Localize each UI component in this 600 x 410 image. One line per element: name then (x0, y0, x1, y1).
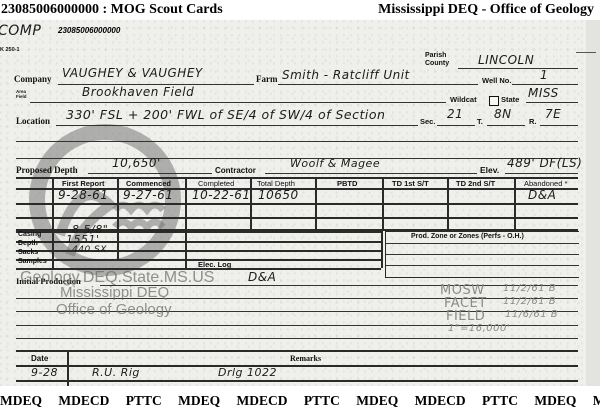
area-field-label: Area Field (16, 89, 27, 99)
api-number-stamp: 23085006000000 (58, 26, 120, 35)
company-label: Company (14, 74, 52, 84)
footer-item: MDEQ (0, 392, 42, 410)
depth-label: Depth (18, 240, 38, 247)
date-col-header: Date (31, 354, 48, 363)
prod-zone-box: Prod. Zone or Zones (Perfs - O.H.) (385, 231, 579, 278)
watermark-office: Office of Geology (56, 301, 172, 318)
scout-card-image: COMP 23085006000000 K 250-1 Parish Count… (0, 20, 600, 386)
casing-divider (381, 231, 383, 268)
map-note-date: 11/2/61 B (503, 296, 556, 307)
location-underline (56, 125, 418, 126)
col-td-2nd: TD 2nd S/T (456, 179, 495, 188)
proposed-depth-value: 10,650' (112, 156, 161, 170)
watermark-agency: Mississippi DEQ (60, 284, 169, 301)
farm-label: Farm (256, 74, 278, 84)
commenced-value: 9-27-61 (123, 188, 173, 202)
total-depth-value: 10650 (258, 188, 299, 202)
well-no-value: 1 (540, 68, 548, 82)
table-rule (16, 217, 578, 219)
state-underline (526, 102, 578, 103)
t-label: T. (477, 117, 483, 126)
proposed-depth-label: Proposed Depth (16, 165, 78, 175)
footer-item: MDECD (593, 392, 600, 410)
table-col-divider (447, 177, 449, 229)
col-pbtd: PBTD (337, 179, 357, 188)
sec-underline (437, 125, 475, 126)
col-commenced: Commenced (126, 179, 171, 188)
wildcat-label: Wildcat (450, 95, 477, 104)
proposed-depth-underline (88, 173, 212, 174)
location-value: 330' FSL + 200' FWL of SE/4 of SW/4 of S… (66, 107, 385, 122)
edge-mark (576, 52, 596, 53)
r-value: 7E (545, 107, 561, 121)
table-col-divider (514, 177, 516, 229)
api-title: 23085006000000 : MOG Scout Cards (1, 0, 223, 20)
table-col-divider (117, 177, 119, 229)
r-underline (540, 125, 578, 126)
sacks-label: Sacks (18, 249, 38, 256)
location-label: Location (16, 116, 50, 126)
elev-underline (505, 173, 578, 174)
samples-label: Samples (18, 258, 47, 265)
footer-item: MDEQ (534, 392, 576, 410)
t-underline (487, 125, 525, 126)
blank-rule (16, 338, 578, 339)
col-abandoned: Abandoned * (524, 179, 567, 188)
agency-title: Mississippi DEQ - Office of Geology (378, 0, 594, 20)
farm-underline (278, 84, 478, 85)
col-first-report: First Report (62, 179, 105, 188)
remarks-rule (16, 380, 578, 382)
initial-production-value: D&A (248, 270, 276, 284)
county-value: LINCOLN (478, 53, 534, 67)
well-no-underline (512, 84, 578, 85)
field-underline (30, 102, 446, 103)
form-number: K 250-1 (0, 47, 20, 53)
casing-divider (52, 231, 54, 268)
footer-item: MDEQ (178, 392, 220, 410)
prod-zone-rule (386, 243, 579, 244)
casing-divider (185, 231, 187, 268)
page-header: 23085006000000 : MOG Scout Cards Mississ… (0, 0, 600, 20)
state-label: State (501, 95, 519, 104)
remarks-rule (16, 350, 578, 352)
sec-value: 21 (447, 107, 463, 121)
remark-by: R.U. Rig (92, 366, 140, 379)
footer-item: MDECD (58, 392, 109, 410)
elec-log-label: Elec. Log (198, 260, 231, 269)
abandoned-value: D&A (528, 188, 556, 202)
parish-county-label: Parish County (425, 52, 449, 68)
table-rule (16, 203, 578, 205)
footer-item: MDECD (415, 392, 466, 410)
footer-item: MDEQ (356, 392, 398, 410)
table-col-divider (315, 177, 317, 229)
map-note-date: 11/6/61 B (505, 309, 558, 320)
footer-item: PTTC (482, 392, 518, 410)
corner-note: COMP (0, 23, 41, 39)
company-value: VAUGHEY & VAUGHEY (62, 66, 203, 80)
r-label: R. (529, 117, 537, 126)
first-report-value: 9-28-61 (58, 188, 108, 202)
prod-zone-label: Prod. Zone or Zones (Perfs - O.H.) (411, 233, 524, 240)
map-note-scale: 1"=16,000' (448, 323, 510, 334)
contractor-underline (265, 173, 477, 174)
remark-text: Drlg 1022 (218, 366, 277, 379)
state-value: MISS (528, 86, 559, 100)
casing-rule (16, 250, 381, 252)
table-col-divider (52, 177, 54, 229)
t-value: 8N (494, 107, 512, 121)
field-value: Brookhaven Field (82, 85, 194, 99)
prod-zone-rule (386, 265, 579, 266)
footer-item: MDECD (237, 392, 288, 410)
footer-banner: MDEQ MDECD PTTC MDEQ MDECD PTTC MDEQ MDE… (0, 392, 600, 410)
remark-date: 9-28 (31, 366, 58, 379)
blank-rule (16, 141, 578, 142)
remarks-divider (67, 350, 69, 386)
elev-label: Elev. (480, 165, 499, 175)
map-note-date: 11/2/61 B (503, 283, 556, 294)
footer-item: PTTC (126, 392, 162, 410)
sacks-value: 440 SX (72, 245, 107, 255)
well-no-label: Well No. (482, 76, 511, 85)
sec-label: Sec. (420, 117, 435, 126)
elev-value: 489' DF(LS) (507, 156, 582, 170)
contractor-label: Contractor (215, 166, 256, 175)
prod-zone-rule (386, 254, 579, 255)
col-completed: Completed (198, 179, 234, 188)
card-edge (586, 20, 600, 386)
casing-divider (117, 231, 119, 261)
table-col-divider (185, 177, 187, 229)
table-col-divider (382, 177, 384, 229)
farm-value: Smith - Ratcliff Unit (282, 68, 410, 82)
county-underline (458, 68, 578, 69)
table-col-divider (250, 177, 252, 229)
col-td-1st: TD 1st S/T (392, 179, 429, 188)
footer-item: PTTC (304, 392, 340, 410)
map-note-label: FIELD (446, 309, 485, 324)
casing-label: Casing (18, 231, 41, 238)
contractor-value: Woolf & Magee (290, 157, 380, 170)
remarks-col-header: Remarks (290, 354, 321, 363)
completed-value: 10-22-61 (192, 188, 250, 202)
col-total-depth: Total Depth (257, 179, 295, 188)
